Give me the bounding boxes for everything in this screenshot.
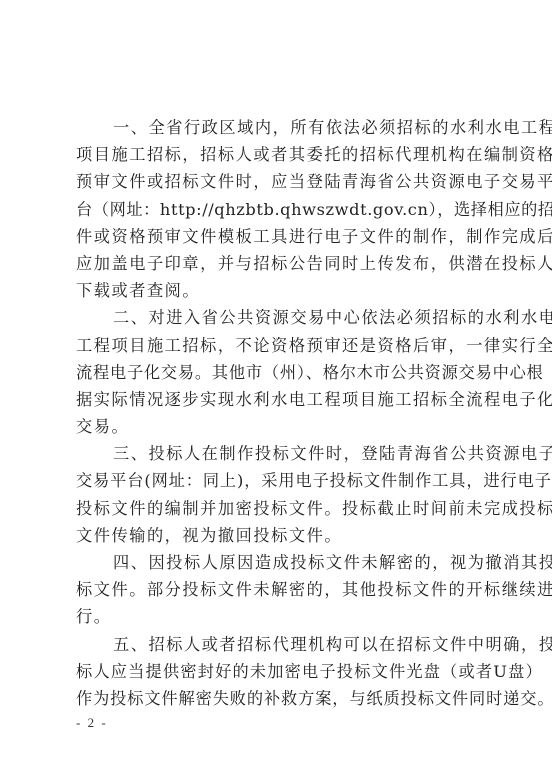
document-page: 一、全省行政区域内，所有依法必须招标的水利水电工程 项目施工招标，招标人或者其委… (0, 0, 552, 782)
paragraph-4-line-2: 标文件。部分投标文件未解密的，其他投标文件的开标继续进 (76, 576, 480, 603)
paragraph-2-line-4: 据实际情况逐步实现水利水电工程项目施工招标全流程电子化 (76, 386, 480, 413)
paragraph-4-line-1: 四、因投标人原因造成投标文件未解密的，视为撤消其投 (76, 549, 480, 576)
paragraph-1-line-5: 件或资格预审文件模板工具进行电子文件的制作，制作完成后 (76, 223, 480, 250)
paragraph-5-line-3: 作为投标文件解密失败的补救方案，与纸质投标文件同时递交。 (76, 685, 480, 712)
paragraph-1-line-6: 应加盖电子印章，并与招标公告同时上传发布，供潜在投标人 (76, 250, 480, 277)
paragraph-4-line-3: 行。 (76, 603, 480, 630)
document-body: 一、全省行政区域内，所有依法必须招标的水利水电工程 项目施工招标，招标人或者其委… (76, 114, 480, 712)
paragraph-5-line-1: 五、招标人或者招标代理机构可以在招标文件中明确，投 (76, 631, 480, 658)
paragraph-1-line-2: 项目施工招标，招标人或者其委托的招标代理机构在编制资格 (76, 141, 480, 168)
paragraph-3-line-2: 交易平台(网址：同上)，采用电子投标文件制作工具，进行电子 (76, 467, 480, 494)
paragraph-1-line-4: 台（网址：http://qhzbtb.qhwszwdt.gov.cn），选择相应… (76, 196, 480, 223)
paragraph-2-line-3: 流程电子化交易。其他市（州）、格尔木市公共资源交易中心根 (76, 359, 480, 386)
paragraph-3-line-1: 三、投标人在制作投标文件时，登陆青海省公共资源电子 (76, 440, 480, 467)
paragraph-2-line-5: 交易。 (76, 413, 480, 440)
paragraph-3-line-4: 文件传输的，视为撤回投标文件。 (76, 522, 480, 549)
paragraph-5-line-2: 标人应当提供密封好的未加密电子投标文件光盘（或者U盘） (76, 658, 480, 685)
paragraph-1-line-7: 下载或者查阅。 (76, 277, 480, 304)
paragraph-1-line-3: 预审文件或招标文件时，应当登陆青海省公共资源电子交易平 (76, 168, 480, 195)
paragraph-2-line-2: 工程项目施工招标，不论资格预审还是资格后审，一律实行全 (76, 332, 480, 359)
paragraph-1-line-1: 一、全省行政区域内，所有依法必须招标的水利水电工程 (76, 114, 480, 141)
paragraph-2-line-1: 二、对进入省公共资源交易中心依法必须招标的水利水电 (76, 304, 480, 331)
paragraph-3-line-3: 投标文件的编制并加密投标文件。投标截止时间前未完成投标 (76, 495, 480, 522)
page-number: - 2 - (76, 715, 108, 731)
